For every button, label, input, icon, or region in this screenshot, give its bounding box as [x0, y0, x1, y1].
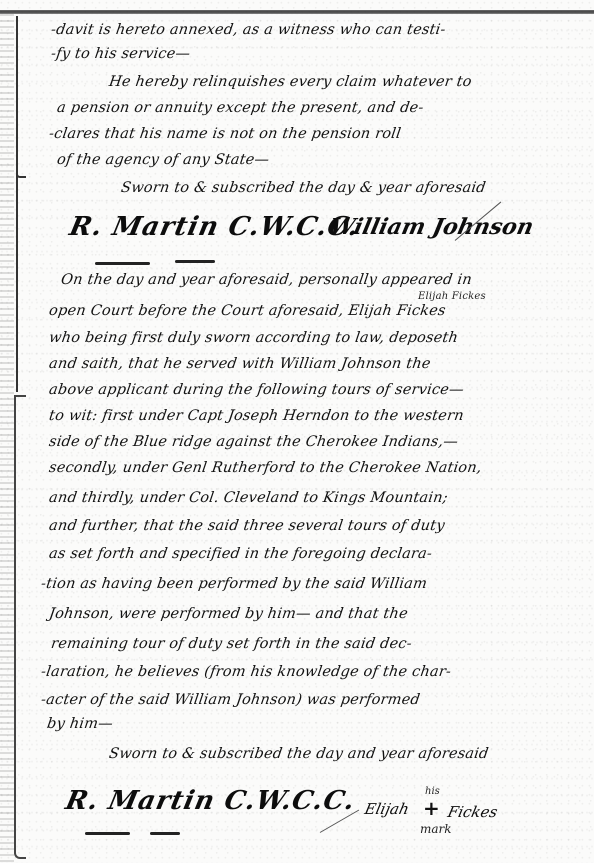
interlineation: Elijah Fickes — [418, 291, 486, 302]
text-line: Johnson, were performed by him— and that… — [48, 606, 409, 622]
text-line: and thirdly, under Col. Cleveland to Kin… — [48, 490, 449, 506]
margin-bracket-bottom — [14, 395, 26, 859]
witness-mark-cross-icon: + — [423, 796, 440, 820]
mark-label: mark — [420, 822, 452, 836]
document-page: -davit is hereto annexed, as a witness w… — [0, 0, 594, 863]
signature-underline — [175, 260, 215, 263]
text-line: above applicant during the following tou… — [48, 382, 465, 398]
text-line: -laration, he believes (from his knowled… — [40, 664, 452, 680]
text-line: -clares that his name is not on the pens… — [48, 126, 402, 142]
applicant-signature: William Johnson — [327, 214, 536, 240]
top-edge-rule — [0, 10, 594, 14]
text-line: and saith, that he served with William J… — [48, 356, 432, 372]
text-line: as set forth and specified in the forego… — [48, 546, 433, 562]
witness-first-name: Elijah — [363, 800, 411, 818]
text-line: -tion as having been performed by the sa… — [40, 576, 428, 592]
signature-underline — [150, 832, 180, 835]
signature-underline — [85, 832, 130, 835]
text-line: Sworn to & subscribed the day and year a… — [108, 746, 490, 762]
witness-last-name: Fickes — [446, 803, 499, 821]
left-binding-edge — [0, 14, 14, 863]
text-line: open Court before the Court aforesaid, E… — [48, 303, 447, 319]
struck-text: Joseph Leonard Johnson — [438, 303, 594, 319]
clerk-signature: R. Martin C.W.C.C. — [63, 786, 358, 816]
text-line: to wit: first under Capt Joseph Herndon … — [48, 408, 465, 424]
text-line: by him— — [46, 716, 114, 732]
text-line: -fy to his service— — [50, 46, 191, 62]
text-line: -davit is hereto annexed, as a witness w… — [50, 22, 447, 38]
text-line: On the day and year aforesaid, personall… — [60, 272, 473, 288]
clerk-signature: R. Martin C.W.C.C. — [67, 212, 362, 242]
text-line: and further, that the said three several… — [48, 518, 446, 534]
text-line: remaining tour of duty set forth in the … — [50, 636, 413, 652]
margin-bracket-middle — [16, 172, 26, 392]
margin-bracket-top — [16, 16, 26, 178]
signature-underline — [95, 262, 150, 265]
text-line: He hereby relinquishes every claim whate… — [108, 74, 473, 90]
text-line: -acter of the said William Johnson) was … — [40, 692, 421, 708]
text-line: side of the Blue ridge against the Chero… — [48, 434, 459, 450]
text-line: a pension or annuity except the present,… — [56, 100, 425, 116]
text-line: Sworn to & subscribed the day & year afo… — [120, 180, 487, 196]
text-line: of the agency of any State— — [56, 152, 270, 168]
text-line: secondly, under Genl Rutherford to the C… — [48, 460, 483, 476]
text-line: who being first duly sworn according to … — [48, 330, 459, 346]
